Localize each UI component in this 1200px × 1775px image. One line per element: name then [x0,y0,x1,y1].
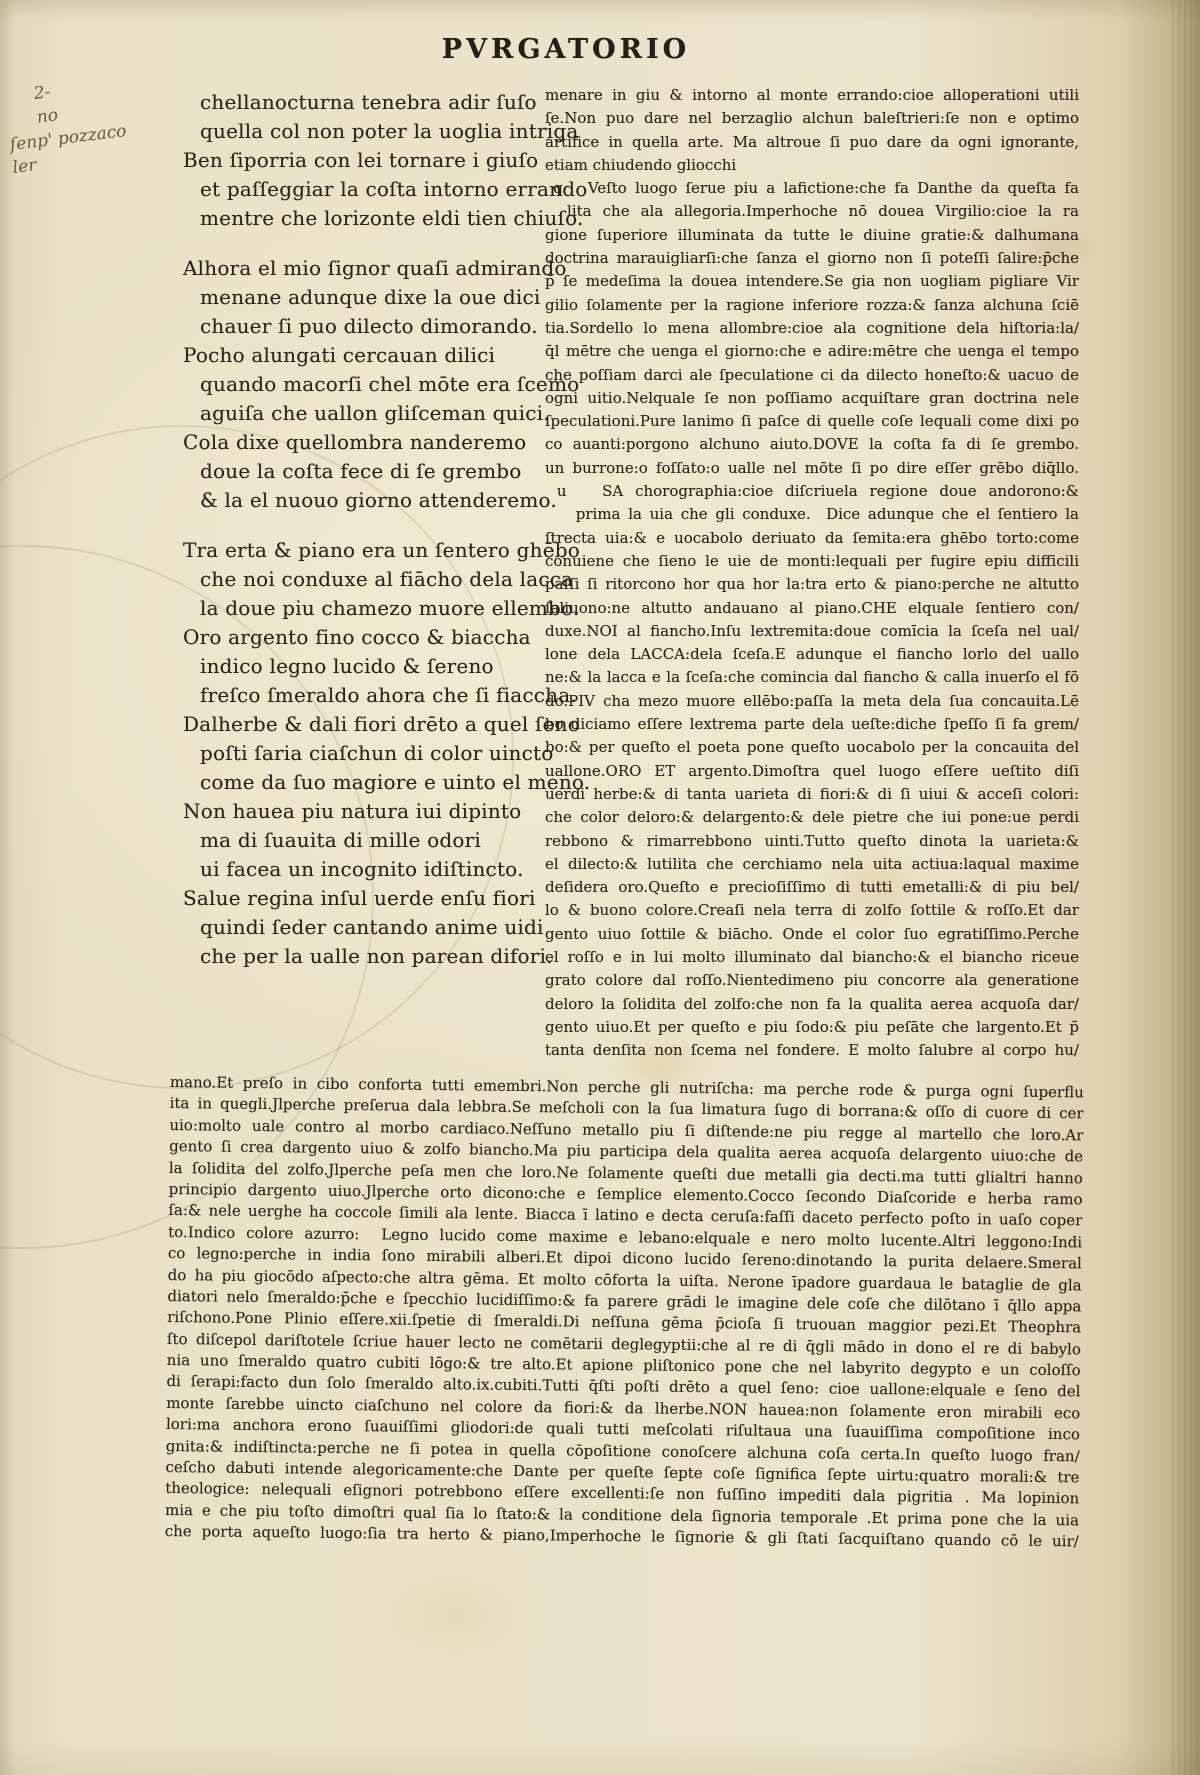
comm-line: rebbono & rimarrebbono uinti.Tutto queſt… [545,830,1079,853]
comm-line: lone dela LACCA:dela ſceſa.E adunque el … [545,643,1079,666]
comm-line: che poſſiam darci ale ſpeculatione ci da… [545,364,1079,387]
comm-line: duxe.NOI al fiancho.Inſu lextremita:doue… [545,620,1079,643]
poem-line: Pocho alungati cercauan dilici [183,341,583,370]
poem-line: che noi conduxe al fiācho dela lacca [200,565,583,594]
page-edge-streaks [1172,0,1200,1775]
handwritten-margin-note: 2-noſenp' pozzacoler [3,66,183,181]
comm-line: bo:& per queſto el poeta pone queſto uoc… [545,736,1079,759]
comm-line: menare in giu & intorno al monte errando… [545,84,1079,107]
comm-line: ſe.Non puo dare nel berzaglio alchun bal… [545,107,1079,130]
poem-line: come da ſuo magiore e uinto el meno. [200,768,583,797]
poem-column: chellanocturna tenebra adir ſuſoquella c… [183,88,583,971]
comm-line: gilio ſolamente per la ragione inferiore… [545,294,1079,317]
comm-line: ogni uitio.Nelquale ſe non poſſiamo acqu… [545,387,1079,410]
poem-line: menane adunque dixe la oue dici [200,283,583,312]
poem-line: poſti ſaria ciaſchun di color uincto [200,739,583,768]
poem-line: & la el nuouo giorno attenderemo. [200,486,583,515]
poem-line: Oro argento fino cocco & biaccha [183,623,583,652]
comm-line: prima la uia che gli conduxe. Dice adunq… [545,503,1079,526]
comm-line: deloro la ſolidita del zolfo:che non fa … [545,993,1079,1016]
poem-line: Tra erta & piano era un ſentero ghēbo [183,536,583,565]
comm-line: el roſſo e in lui molto illuminato dal b… [545,946,1079,969]
comm-line: lita che ala allegoria.Imperhoche nō dou… [545,200,1079,223]
comm-line: lo & buono colore.Creaſi nela terra di z… [545,899,1079,922]
comm-line: conuiene che ſieno le uie de monti:lequa… [545,550,1079,573]
poem-line: chauer ſi puo dilecto dimorando. [200,312,583,341]
running-title: PVRGATORIO [0,34,1132,65]
poem-line: Non hauea piu natura iui dipinto [183,797,583,826]
comm-line: ſtrecta uia:& e uocabolo deriuato da ſem… [545,527,1079,550]
poem-line: Dalherbe & dali fiori drēto a quel ſeno [183,710,583,739]
poem-line: doue la coſta fece di ſe grembo [200,457,583,486]
comm-line: co auanti:porgono alchuno aiuto.DOVE la … [545,433,1079,456]
poem-line: quindi ſeder cantando anime uidi [200,913,583,942]
comm-line: q Veſto luogo ſerue piu a lafictione:che… [545,177,1079,200]
comm-line: che color deloro:& delargento:& dele pie… [545,806,1079,829]
poem-line: freſco ſmeraldo ahora che ſi fiaccha. [200,681,583,710]
poem-line: la doue piu chamezo muore ellembo. [200,594,583,623]
poem-line: chellanocturna tenebra adir ſuſo [200,88,583,117]
comm-line: p̄ ſe medeſima la douea intendere.Se gia… [545,270,1079,293]
poem-line: Salue regina inſul uerde enſu fiori [183,884,583,913]
comm-line: un burrone:o foſſato:o ualle nel mōte ſi… [545,457,1079,480]
comm-line: u SA chorographia:cioe diſcriuela region… [545,480,1079,503]
comm-line: ſaliuono:ne altutto andauano al piano.CH… [545,597,1079,620]
comm-line: etiam chiudendo gliocchi [545,154,1079,177]
poem-line: quella col non poter la uoglia intriga [200,117,583,146]
poem-line: et paſſeggiar la coſta intorno errando [200,175,583,204]
comm-line: uerdi herbe:& di tanta uarieta di fiori:… [545,783,1079,806]
commentary-column: menare in giu & intorno al monte errando… [545,84,1079,1062]
comm-line: tanta denſita non ſcema nel fondere. E m… [545,1039,1079,1062]
comm-line: artifice in quella arte. Ma altroue ſi p… [545,131,1079,154]
comm-line: paſſi ſi ritorcono hor qua hor la:tra er… [545,573,1079,596]
comm-line: q̄l mētre che uenga el giorno:che e adir… [545,340,1079,363]
poem-line: aguiſa che uallon gliſceman quici. [200,399,583,428]
comm-line: deſidera oro.Queſto e precioſiſſimo di t… [545,876,1079,899]
comm-line: gento uiuo.Et per queſto e piu ſodo:& pi… [545,1016,1079,1039]
comm-line: do.PIV cha mezo muore ellēbo:paſſa la me… [545,690,1079,713]
poem-line: ui facea un incognito idiſtincto. [200,855,583,884]
poem-line: Cola dixe quellombra nanderemo [183,428,583,457]
comm-line: ne:& la lacca e la ſceſa:che comincia da… [545,666,1079,689]
comm-line: ſpeculationi.Pure lanimo ſi paſce di que… [545,410,1079,433]
comm-line: uallone.ORO ET argento.Dimoſtra quel luo… [545,760,1079,783]
bottom-commentary-block: mano.Et preſo in cibo conforta tutti eme… [165,1072,1084,1553]
poem-line: Alhora el mio ſignor quaſi admirando [183,254,583,283]
poem-line: indico legno lucido & ſereno [200,652,583,681]
comm-line: doctrina marauigliarſi:che ſanza el gior… [545,247,1079,270]
poem-line: che per la ualle non parean difori. [200,942,583,971]
book-page-scan: PVRGATORIO 2-noſenp' pozzacoler chellano… [0,0,1200,1775]
comm-line: gento uiuo ſottile & biācho. Onde el col… [545,923,1079,946]
poem-line: ma di ſuauita di mille odori [200,826,583,855]
comm-line: el dilecto:& lutilita che cerchiamo nela… [545,853,1079,876]
poem-line: mentre che lorizonte eldi tien chiuſo. [200,204,583,233]
comm-line: bo diciamo eſſere lextrema parte dela ue… [545,713,1079,736]
poem-line: Ben ſiporria con lei tornare i giuſo [183,146,583,175]
poem-line: quando macorſi chel mōte era ſcemo [200,370,583,399]
comm-line: tia.Sordello lo mena allombre:cioe ala c… [545,317,1079,340]
comm-line: grato colore dal roſſo.Nientedimeno piu … [545,969,1079,992]
comm-line: gione ſuperiore illuminata da tutte le d… [545,224,1079,247]
